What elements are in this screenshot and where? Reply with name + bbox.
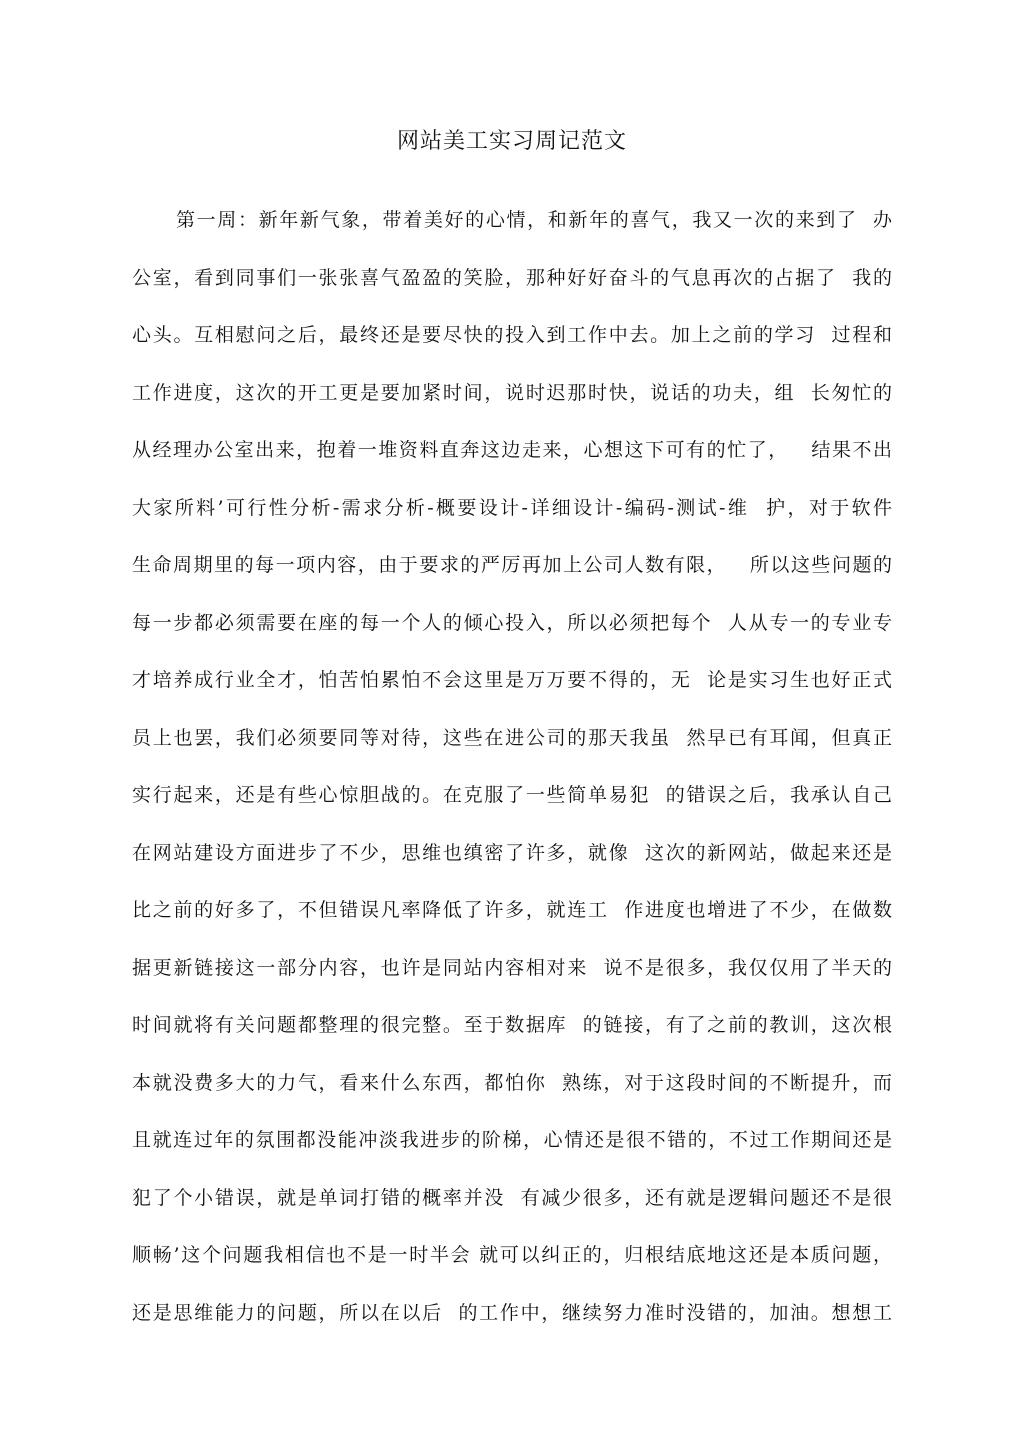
text-line: 犯了个小错误，就是单词打错的概率并没 有减少很多，还有就是逻辑问题还不是很 xyxy=(132,1182,892,1240)
document-title: 网站美工实习周记范文 xyxy=(0,127,1024,157)
text-line: 工作进度，这次的开工更是要加紧时间，说时迟那时快，说话的功夫，组 长匆忙的 xyxy=(132,377,892,435)
text-line: 从经理办公室出来，抱着一堆资料直奔这边走来，心想这下可有的忙了， 结果不出 xyxy=(132,434,892,492)
text-line: 心头。互相慰问之后，最终还是要尽快的投入到工作中去。加上之前的学习 过程和 xyxy=(132,319,892,377)
text-line: 本就没费多大的力气，看来什么东西，都怕你 熟练，对于这段时间的不断提升，而 xyxy=(132,1067,892,1125)
text-line: 时间就将有关问题都整理的很完整。至于数据库 的链接，有了之前的教训，这次根 xyxy=(132,1009,892,1067)
text-line: 大家所料’可行性分析-需求分析-概要设计-详细设计-编码-测试-维 护，对于软件 xyxy=(132,492,892,550)
text-line: 第一周：新年新气象，带着美好的心情，和新年的喜气，我又一次的来到了 办 xyxy=(132,204,892,262)
text-line: 生命周期里的每一项内容，由于要求的严厉再加上公司人数有限， 所以这些问题的 xyxy=(132,549,892,607)
text-line: 每一步都必须需要在座的每一个人的倾心投入，所以必须把每个 人从专一的专业专 xyxy=(132,607,892,665)
text-line: 且就连过年的氛围都没能冲淡我进步的阶梯，心情还是很不错的，不过工作期间还是 xyxy=(132,1124,892,1182)
document-body: 第一周：新年新气象，带着美好的心情，和新年的喜气，我又一次的来到了 办 公室，看… xyxy=(132,204,892,1354)
text-line: 在网站建设方面进步了不少，思维也缜密了许多，就像 这次的新网站，做起来还是 xyxy=(132,837,892,895)
text-line: 员上也罢，我们必须要同等对待，这些在进公司的那天我虽 然早已有耳闻，但真正 xyxy=(132,722,892,780)
text-line: 公室，看到同事们一张张喜气盈盈的笑脸，那种好好奋斗的气息再次的占据了 我的 xyxy=(132,262,892,320)
text-line: 据更新链接这一部分内容，也许是同站内容相对来 说不是很多，我仅仅用了半天的 xyxy=(132,952,892,1010)
text-line: 比之前的好多了，不但错误凡率降低了许多，就连工 作进度也增进了不少，在做数 xyxy=(132,894,892,952)
text-line: 顺畅’这个问题我相信也不是一时半会 就可以纠正的，归根结底地这还是本质问题， xyxy=(132,1239,892,1297)
text-line: 还是思维能力的问题，所以在以后 的工作中，继续努力准时没错的，加油。想想工 xyxy=(132,1297,892,1355)
text-line: 才培养成行业全才，怕苦怕累怕不会这里是万万要不得的，无 论是实习生也好正式 xyxy=(132,664,892,722)
text-line: 实行起来，还是有些心惊胆战的。在克服了一些简单易犯 的错误之后，我承认自己 xyxy=(132,779,892,837)
